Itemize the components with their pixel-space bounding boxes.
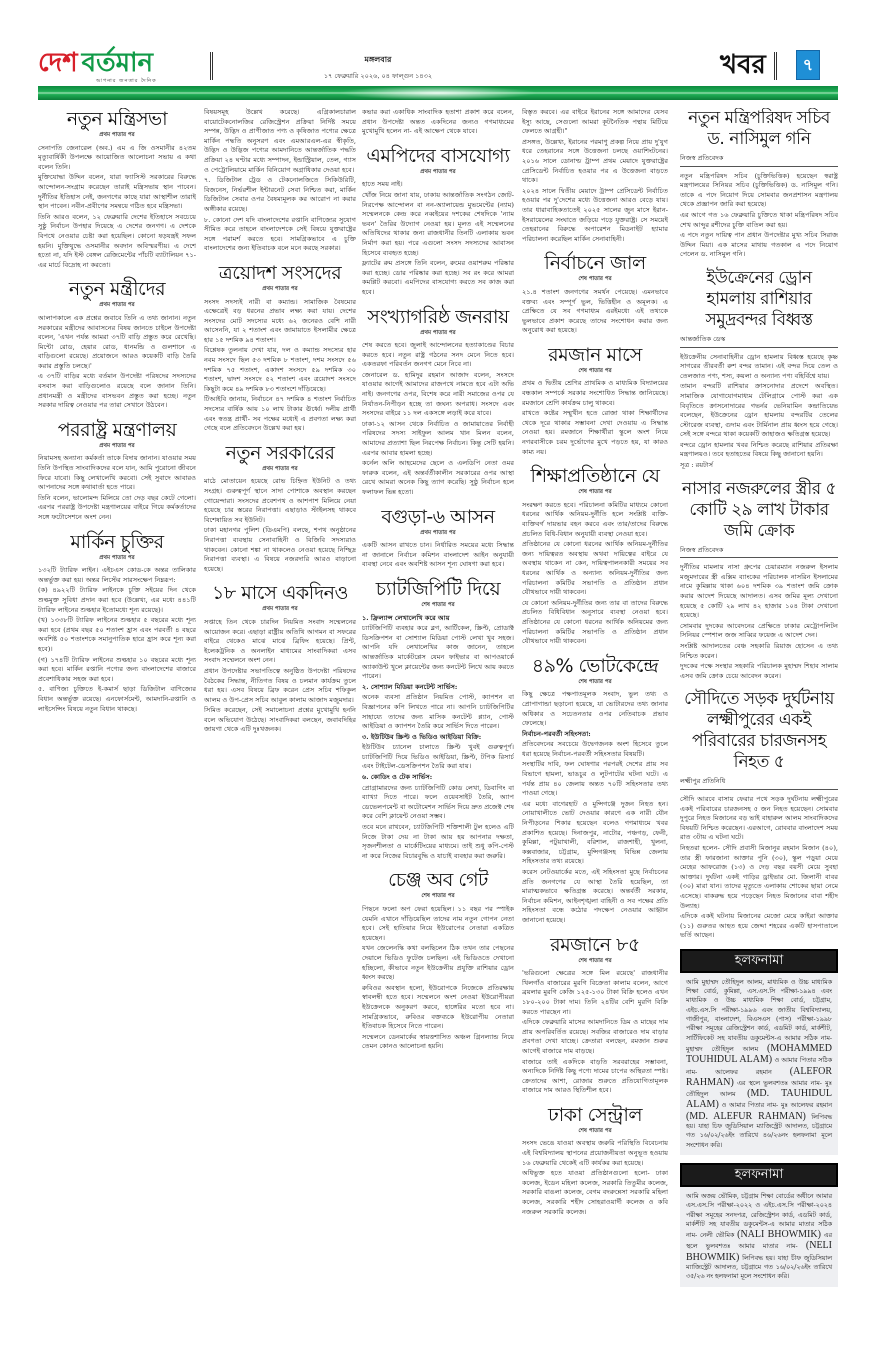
paragraph: বিশ্লেষক তুলনায় দেখা যায়, দল ও কম্যান্… (204, 346, 356, 394)
article-49-percent: ৪৯% ভোটকেন্দ্রে শেষ পাতার পর কিছু ক্ষেত্… (522, 655, 668, 926)
continued-label: শেষ পাতার পর (522, 957, 668, 967)
article-ramadan-month: রমজান মাসে শেষ পাতার পর প্রথম ও দ্বিতীয়… (522, 344, 668, 457)
paragraph: তিনি বলেন, ভালোমন্দ মিলিয়ে তো দেড় বছর … (38, 494, 196, 523)
paragraph: যখন জেলেনস্কি কথা বলছিলেন ঠিক তখন তার পে… (362, 944, 514, 982)
paragraph: কর্নেল অলি আহমেদের ছেলে ও এলডিপি নেতা ওম… (362, 459, 514, 497)
paragraph: সংসদ ভেঙে যাওয়া অবস্থায় জরুরি পরিস্থিত… (522, 1139, 668, 1168)
paragraph: মাঠে মোতায়েন হয়েছে রোভ চিহ্নিত ইউনিট ও… (204, 477, 356, 525)
paragraph: ৫. বাণিজ্য চুক্তিতে ই-কমার্স ছাড়া ডিজিট… (38, 685, 196, 714)
article-13th-parliament: ত্রয়োদশ সংসদের প্রথম পাতার পর সংসদ সদস্… (204, 262, 356, 434)
paragraph: বাজারে তাই একদিকে বাড়তি সরবরাহের সম্ভাব… (522, 1058, 668, 1096)
logo-part-bortoman: বর্তমান (82, 48, 153, 78)
subheading: নির্বাচন-পরবর্তী সহিংসতা: (522, 730, 668, 740)
paragraph: খোঁজ নিয়ে জানা যায়, ঢাকায় আন্তর্জাতিক… (362, 191, 514, 258)
paragraph: এ পদে নতুন দায়িত্ব পান প্রধান উপদেষ্টার… (680, 231, 838, 260)
byline: নিজস্ব প্রতিবেদক (680, 154, 838, 167)
masthead: দেশ বর্তমান আপনার জনতার দৈনিক মঙ্গলবার ১… (38, 48, 838, 88)
article-bogura-6: বগুড়া-৬ আসন প্রথম পাতার পর একটি আসন রাখ… (362, 506, 514, 570)
continued-label: প্রথম পাতার পর (204, 465, 356, 475)
issue-date: ১৭ ফেব্রুয়ারি ২০২৬, ০৪ ফাল্গুন ১৪৩২ (278, 71, 478, 82)
paragraph: আলাপকালে এক প্রশ্নের জবাবে তিনি এ তথ্য জ… (38, 314, 196, 372)
article-18-months: ১৮ মাসে একদিনও প্রথম পাতার পর সপ্তাহে তি… (204, 582, 356, 735)
affidavit-notice-1: হলফনামা আমি মুহাম্মদ তৌহিদুল আলম, মাধ্যম… (680, 949, 838, 1155)
paragraph: রুবিওর অবস্থান হলো, ইউরোপকে নিজেকে প্রতি… (362, 984, 514, 1032)
column-5: নতুন মন্ত্রিপরিষদ সচিব ড. নাসিমুল গনি নি… (680, 108, 838, 1348)
logo-part-desh: দেশ (38, 48, 78, 78)
paragraph: প্রথম ও দ্বিতীয় শ্রেণির প্রাথমিক ও মাধ্… (522, 379, 668, 408)
paragraph: করেস নেটওয়ার্কের মতে, এই সহিংসতা মুছে ন… (522, 868, 668, 926)
article-chatgpt: চ্যাটজিপিটি দিয়ে শেষ পাতার পর ১. ফ্রিল্… (362, 578, 514, 861)
paragraph: জেনারেল ড. হামিদুর রহমান আজাদ বলেন, সংসদ… (362, 371, 514, 419)
paragraph: সংশ্লিষ্ট আদালতের বেঞ্চ সহকারি রিয়াজ হো… (680, 642, 838, 661)
article-election-fake: নির্বাচনে জাল শেষ পাতার পর ২১.৪ শতাংশ জন… (522, 252, 668, 336)
paragraph: সংসদ সদস্যই নারী বা কম্যান্ড। সামাজিক বৈ… (204, 298, 356, 346)
affidavit-title: হলফনামা (680, 1163, 838, 1187)
paragraph: বন্দরে ড্রোন হামলার খবর নিশ্চিত করেছে রা… (680, 441, 838, 460)
paragraph: নিয়ামসহ অন্যান্য কর্মকর্তা তাকে বিদায় … (38, 454, 196, 492)
headline[interactable]: নির্বাচনে জাল (522, 252, 668, 274)
divider (774, 52, 777, 80)
article-ramadan-85: রমজানে ৮৫ শেষ পাতার পর 'ভরিগুলো ক্ষেত্রে… (522, 934, 668, 1096)
headline[interactable]: ৪৯% ভোটকেন্দ্রে (522, 655, 668, 677)
paragraph: সম্মেলনে ডেনমার্কের স্বায়ত্তশাসিত অঞ্চল… (362, 1033, 514, 1052)
paragraph: টিআইবি জানায়, নির্বাচনে ৪৭ দশমিক ৪ শতাং… (204, 395, 356, 433)
paragraph: সোমবার দুদকের আবেদনের প্রেক্ষিতে ঢাকার ম… (680, 622, 838, 641)
paragraph: ঢাকা মহানগর পুলিশ (ডিএমপি) বলছে, শপথ অনু… (204, 526, 356, 574)
paragraph: সংস্থাটির দাবি, ফল ঘোষণার পরপরই দেশের প্… (522, 760, 668, 798)
paragraph: ঢাকা-১২ আসন থেকে নির্বাচিত ও জামায়াতের … (362, 420, 514, 458)
headline[interactable]: রমজানে ৮৫ (522, 934, 668, 956)
paragraph: প্রতিবেদনের সবচেয়ে উদ্বেগজনক অংশ হিসেবে… (522, 740, 668, 759)
paragraph: এ ৩৭টি বাড়ির মধ্যে বর্তমান উপদেষ্টা পরি… (38, 372, 196, 410)
continued-label: প্রথম পাতার পর (38, 554, 196, 564)
affidavit-body: আমি মুহাম্মদ তৌহিদুল আলম, মাধ্যমিক ও উচ্… (680, 973, 838, 1155)
page-number-badge: ৭ (796, 50, 820, 80)
paragraph: সিমিত করেছেন, সেই সমালোচনা প্রশ্নের মুখো… (204, 706, 356, 735)
headline[interactable]: নতুন মন্ত্রিসভা (38, 108, 196, 130)
article-cabinet-secretary: নতুন মন্ত্রিপরিষদ সচিব ড. নাসিমুল গনি নি… (680, 108, 838, 260)
paragraph: চ্যাটজিপিটি ব্যবহার করে ব্লগ, আর্টিকেল, … (362, 624, 514, 682)
paragraph: তামান বন্দরটি রাশিয়ার ক্রাসনোদার প্রদেশ… (680, 382, 838, 440)
headline[interactable]: এমপিদের বাসযোগ্য (362, 145, 514, 167)
paragraph: এদিকে ফেব্রুয়ারি মাসের আমদানিতে ডিম ও ম… (522, 1018, 668, 1056)
affidavit-body: আমি অজয় ভৌমিক, চট্টগ্রাম শিক্ষা বোর্ডের… (680, 1187, 838, 1287)
headline[interactable]: ইউক্রেনের ড্রোন হামলায় রাশিয়ার সমুদ্রব… (680, 268, 838, 331)
paragraph: সেনাপতি জেনারেল (অব.) এম এ জি ওসমানীর ৪২… (38, 144, 196, 173)
paragraph: (ক) ৪৯২২টি ট্যারিফ লাইনকে চুক্তি সইয়ের … (38, 586, 196, 615)
headline[interactable]: ত্রয়োদশ সংসদের (204, 262, 356, 284)
article-new-cabinet: নতুন মন্ত্রিসভা প্রথম পাতার পর সেনাপতি জ… (38, 108, 196, 270)
paragraph: রাখতে কষ্টের সম্মুখীন হতে রোজা থাকা শিক্… (522, 409, 668, 457)
continued-label: শেষ পাতার পর (522, 275, 668, 285)
affidavit-text: ও আমার পিতার নাম- মুঃ আলেফর রহমান (722, 1102, 832, 1109)
paragraph: অধিভুক্ত হতে যাওয়া প্রতিষ্ঠানগুলো হলো- … (522, 1169, 668, 1217)
paragraph: ৮. কোনো দেশ যদি বাংলাদেশের রপ্তানি বাণিজ… (204, 216, 356, 254)
paragraph: কিছু ক্ষেত্রে পক্ষপাতমূলক সংবাদ, ভুল তথ্… (522, 690, 668, 728)
paragraph: ২০২৪ সালে দ্বিতীয় মেয়াদে ট্রাম্প প্রেস… (522, 187, 668, 245)
headline[interactable]: নতুন মন্ত্রীদের (38, 278, 196, 300)
divider (210, 52, 213, 80)
article-educational-institutions: শিক্ষাপ্রতিষ্ঠানে যে শেষ পাতার পর সংরক্ষ… (522, 465, 668, 647)
subheading: ২. সোশ্যাল মিডিয়া কনটেন্ট সার্ভিস: (362, 683, 514, 693)
column-1: নতুন মন্ত্রিসভা প্রথম পাতার পর সেনাপতি জ… (38, 108, 196, 1348)
article-majority-mandate: সংখ্যাগরিষ্ঠ জনরায় প্রথম পাতার পর শেষ ক… (362, 306, 514, 498)
paragraph: প্রোগ্রামারদের জন্য চ্যাটজিপিটি কোড লেখা… (362, 784, 514, 822)
paragraph: মুক্তিযোদ্ধা উদ্দিন বলেন, যারা ফ্যাসিস্ট… (38, 173, 196, 211)
column-4: বিস্তৃত করবে। এর বাইরে ইরানের সঙ্গে আমাদ… (522, 108, 668, 1348)
article-ukraine-drone: ইউক্রেনের ড্রোন হামলায় রাশিয়ার সমুদ্রব… (680, 268, 838, 471)
headline[interactable]: মার্কিন চুক্তির (38, 531, 196, 553)
article-us-deal-cont: বিষয়সমূহ উল্লেখ করেছে। এগ্রিকালচারাল বা… (204, 108, 356, 254)
continued-label: শেষ পাতার পর (362, 892, 514, 902)
paragraph: এদিকে একই ঘটনায় মিজানের মেজো মেয়ে কাইর… (680, 912, 838, 941)
headline[interactable]: নতুন সরকারের (204, 442, 356, 464)
article-us-deal: মার্কিন চুক্তির প্রথম পাতার পর ১৩২টি ট্য… (38, 531, 196, 715)
section-title: খবর (720, 48, 766, 82)
paragraph: তবে মনে রাখবেন, চ্যাটজিপিটি শক্তিশালী টু… (362, 823, 514, 861)
byline: লক্ষ্মীপুর প্রতিনিধি (680, 777, 838, 790)
article-new-government: নতুন সরকারের প্রথম পাতার পর মাঠে মোতায়ে… (204, 442, 356, 575)
column-2: বিষয়সমূহ উল্লেখ করেছে। এগ্রিকালচারাল বা… (204, 108, 356, 1348)
newspaper-logo[interactable]: দেশ বর্তমান (38, 48, 153, 82)
byline: নিজস্ব প্রতিবেদক (680, 546, 838, 559)
continued-label: প্রথম পাতার পর (204, 605, 356, 615)
paragraph: একটি আসন রাখতে চান। নির্ধারিত সময়ের মধ্… (362, 541, 514, 570)
paragraph: যে কোনো অনিয়ম-দুর্নীতির জন্য তার বা তাদ… (522, 599, 668, 647)
headline[interactable]: ঢাকা সেন্ট্রাল (522, 1104, 668, 1126)
paragraph: হাতে সময় নাই। (362, 180, 514, 190)
paragraph: বিস্তৃত করবে। এর বাইরে ইরানের সঙ্গে আমাদ… (522, 108, 668, 137)
paragraph: কভার করা একাধিক সাংবাদিক হতাশা প্রকাশ কর… (362, 108, 514, 137)
paragraph: ইউক্রেনীয় সেনাবাহিনীর ড্রোন হামলায় বিধ… (680, 353, 838, 382)
continued-label: প্রথম পাতার পর (362, 329, 514, 339)
article-saudi-accident: সৌদিতে সড়ক দুর্ঘটনায় লক্ষ্মীপুরের একই … (680, 689, 838, 941)
paragraph: প্রসঙ্গত, উল্লেখ্য, ইরানের পরমাণু প্রকল্… (522, 138, 668, 186)
paragraph: এর আগে গত ১৬ ফেব্রুয়ারি চুক্তিতে থাকা ম… (680, 211, 838, 230)
headline[interactable]: ১৮ মাসে একদিনও (204, 582, 356, 604)
paragraph: অনেক ব্যবসা প্রতিষ্ঠান নিয়মিত পোস্ট, ক্… (362, 693, 514, 731)
byline: আন্তর্জাতিক ডেস্ক (680, 335, 838, 348)
affidavit-notice-2: হলফনামা আমি অজয় ভৌমিক, চট্টগ্রাম শিক্ষা… (680, 1163, 838, 1287)
paragraph: ২১.৪ শতাংশ জনগণের সমর্থন পেয়েছে। এমনভাব… (522, 288, 668, 336)
headline[interactable]: নতুন মন্ত্রিপরিষদ সচিব ড. নাসিমুল গনি (680, 108, 838, 150)
continued-label: শেষ পাতার পর (522, 367, 668, 377)
continued-label: প্রথম পাতার পর (38, 131, 196, 141)
paragraph: পিছনে ফলো অপ ফেরা হয়েছিল। ১১ বছর পর স্প… (362, 905, 514, 943)
paragraph: 'ভরিগুলো ক্ষেত্রের সঙ্গে মিল রয়েছে' রাজ… (522, 969, 668, 1017)
paragraph: ইউটিউব চ্যানেল চালাতে স্ক্রিপ্ট খুবই গুর… (362, 743, 514, 772)
header-green-bar (38, 86, 838, 100)
paragraph: (গ) ১৭৪টি ট্যারিফ লাইনের শুল্কহার ১০ বছর… (38, 656, 196, 685)
subheading: ৩. ইউটিউব স্ক্রিপ্ট ও ভিডিও আইডিয়া বিক্… (362, 733, 514, 743)
paragraph: প্রধান উপদেষ্টার সভাপতিত্বে অনুষ্ঠিত উপদ… (204, 667, 356, 705)
paragraph: (খ) ১৩৩৮টি ট্যারিফ লাইনের শুল্কহার ৫ বছর… (38, 616, 196, 654)
continued-label: শেষ পাতার পর (362, 601, 514, 611)
headline[interactable]: বগুড়া-৬ আসন (362, 506, 514, 528)
article-change-of-gate: চেঞ্জ অব গেট শেষ পাতার পর পিছনে ফলো অপ ফ… (362, 869, 514, 1052)
article-foreign-ministry: পররাষ্ট্র মন্ত্রণালয় প্রথম পাতার পর নিয… (38, 419, 196, 523)
paragraph: তিনি আরও বলেন, ১২ ফেব্রুয়ারি দেশের ইতিহ… (38, 213, 196, 271)
affidavit-name-en: (NALI BHOWMIK) (737, 1229, 821, 1240)
paragraph: বিষয়সমূহ উল্লেখ করেছে। এগ্রিকালচারাল বা… (204, 108, 356, 175)
subheading: ৬. কোডিং ও টেক সার্ভিস: (362, 773, 514, 783)
headline[interactable]: সংখ্যাগরিষ্ঠ জনরায় (362, 306, 514, 328)
paragraph: শেষ করতে হবে। জুলাই আন্দোলনের হত্যাকাণ্ড… (362, 341, 514, 370)
paragraph: সপ্তাহে তিন থেকে চারদিন নিয়মিত সংবাদ সম… (204, 618, 356, 666)
continued-label: শেষ পাতার পর (522, 678, 668, 688)
article-mp-housing: এমপিদের বাসযোগ্য প্রথম পাতার পর হাতে সময… (362, 145, 514, 298)
headline[interactable]: নাসার নজরুলের স্ত্রীর ৫ কোটি ২৯ লাখ টাকা… (680, 479, 838, 542)
paragraph: প্রতিষ্ঠানের যে কোনো ধরনের আর্থিক অনিয়ম… (522, 540, 668, 598)
paragraph: ১৩২টি ট্যারিফ লাইন। এইচএস কোড-কে অন্তর ত… (38, 566, 196, 585)
article-dhaka-central: ঢাকা সেন্ট্রাল শেষ পাতার পর সংসদ ভেঙে যা… (522, 1104, 668, 1217)
article-nasa-nazrul: নাসার নজরুলের স্ত্রীর ৫ কোটি ২৯ লাখ টাকা… (680, 479, 838, 682)
continued-label: প্রথম পাতার পর (362, 529, 514, 539)
continued-label: শেষ পাতার পর (522, 1127, 668, 1137)
paragraph: দুর্নীতির মামলায় নাসা গ্রুপের চেয়ারম্য… (680, 563, 838, 621)
paragraph: সৌদি আরবে বাসায় ফেরার পথে সড়ক দুর্ঘটনা… (680, 795, 838, 843)
paragraph: ৭. ডিজিটাল ট্রেড ও টেকনোলজিতে সিকিউরিটি,… (204, 176, 356, 214)
affidavit-title: হলফনামা (680, 949, 838, 973)
weekday: মঙ্গলবার (278, 54, 478, 67)
continued-label: প্রথম পাতার পর (204, 285, 356, 295)
date-block: মঙ্গলবার ১৭ ফেব্রুয়ারি ২০২৬, ০৪ ফাল্গুন… (278, 54, 478, 82)
paragraph: সংরক্ষণ করতে হবে। পরিচালনা কমিটির মাধ্যম… (522, 501, 668, 539)
column-3: কভার করা একাধিক সাংবাদিক হতাশা প্রকাশ কর… (362, 108, 514, 1348)
source-credit: সূত্র : রয়টার্স (680, 461, 838, 471)
headline[interactable]: রমজান মাসে (522, 344, 668, 366)
continued-label: প্রথম পাতার পর (362, 168, 514, 178)
continued-label: শেষ পাতার পর (522, 488, 668, 498)
affidavit-text: আমি মুহাম্মদ তৌহিদুল আলম, মাধ্যমিক ও উচ্… (686, 979, 832, 1053)
affidavit-name-en: (MD. ALEFUR RAHMAN) (686, 1111, 806, 1122)
continued-label: প্রথম পাতার পর (38, 301, 196, 311)
article-new-ministers: নতুন মন্ত্রীদের প্রথম পাতার পর আলাপকালে … (38, 278, 196, 411)
subheading: ১. ফ্রিল্যান্স লেখালেখি করে আয় (362, 614, 514, 624)
paragraph: নিহতরা হলেন- সৌদি প্রবাসী মিজানুর রহমান … (680, 844, 838, 911)
headline[interactable]: চেঞ্জ অব গেট (362, 869, 514, 891)
paragraph: এর মধ্যে বাগেরহাট ও মুন্সিগঞ্জে দুজন নিহ… (522, 800, 668, 867)
paragraph: দুদকের পক্ষে সংস্থার সহকারি পরিচালক মুহা… (680, 662, 838, 681)
logo-tagline: আপনার জনতার দৈনিক (96, 78, 157, 86)
headline[interactable]: শিক্ষাপ্রতিষ্ঠানে যে (522, 465, 668, 487)
continued-label: প্রথম পাতার পর (38, 442, 196, 452)
headline[interactable]: চ্যাটজিপিটি দিয়ে (362, 578, 514, 600)
headline[interactable]: সৌদিতে সড়ক দুর্ঘটনায় লক্ষ্মীপুরের একই … (680, 689, 838, 773)
headline[interactable]: পররাষ্ট্র মন্ত্রণালয় (38, 419, 196, 441)
paragraph: ফ্ল্যাটের রুম প্রসঙ্গে তিনি বলেন, রুমের … (362, 259, 514, 297)
paragraph: নতুন মন্ত্রিপরিষদ সচিব (চুক্তিভিত্তিক) হ… (680, 172, 838, 210)
